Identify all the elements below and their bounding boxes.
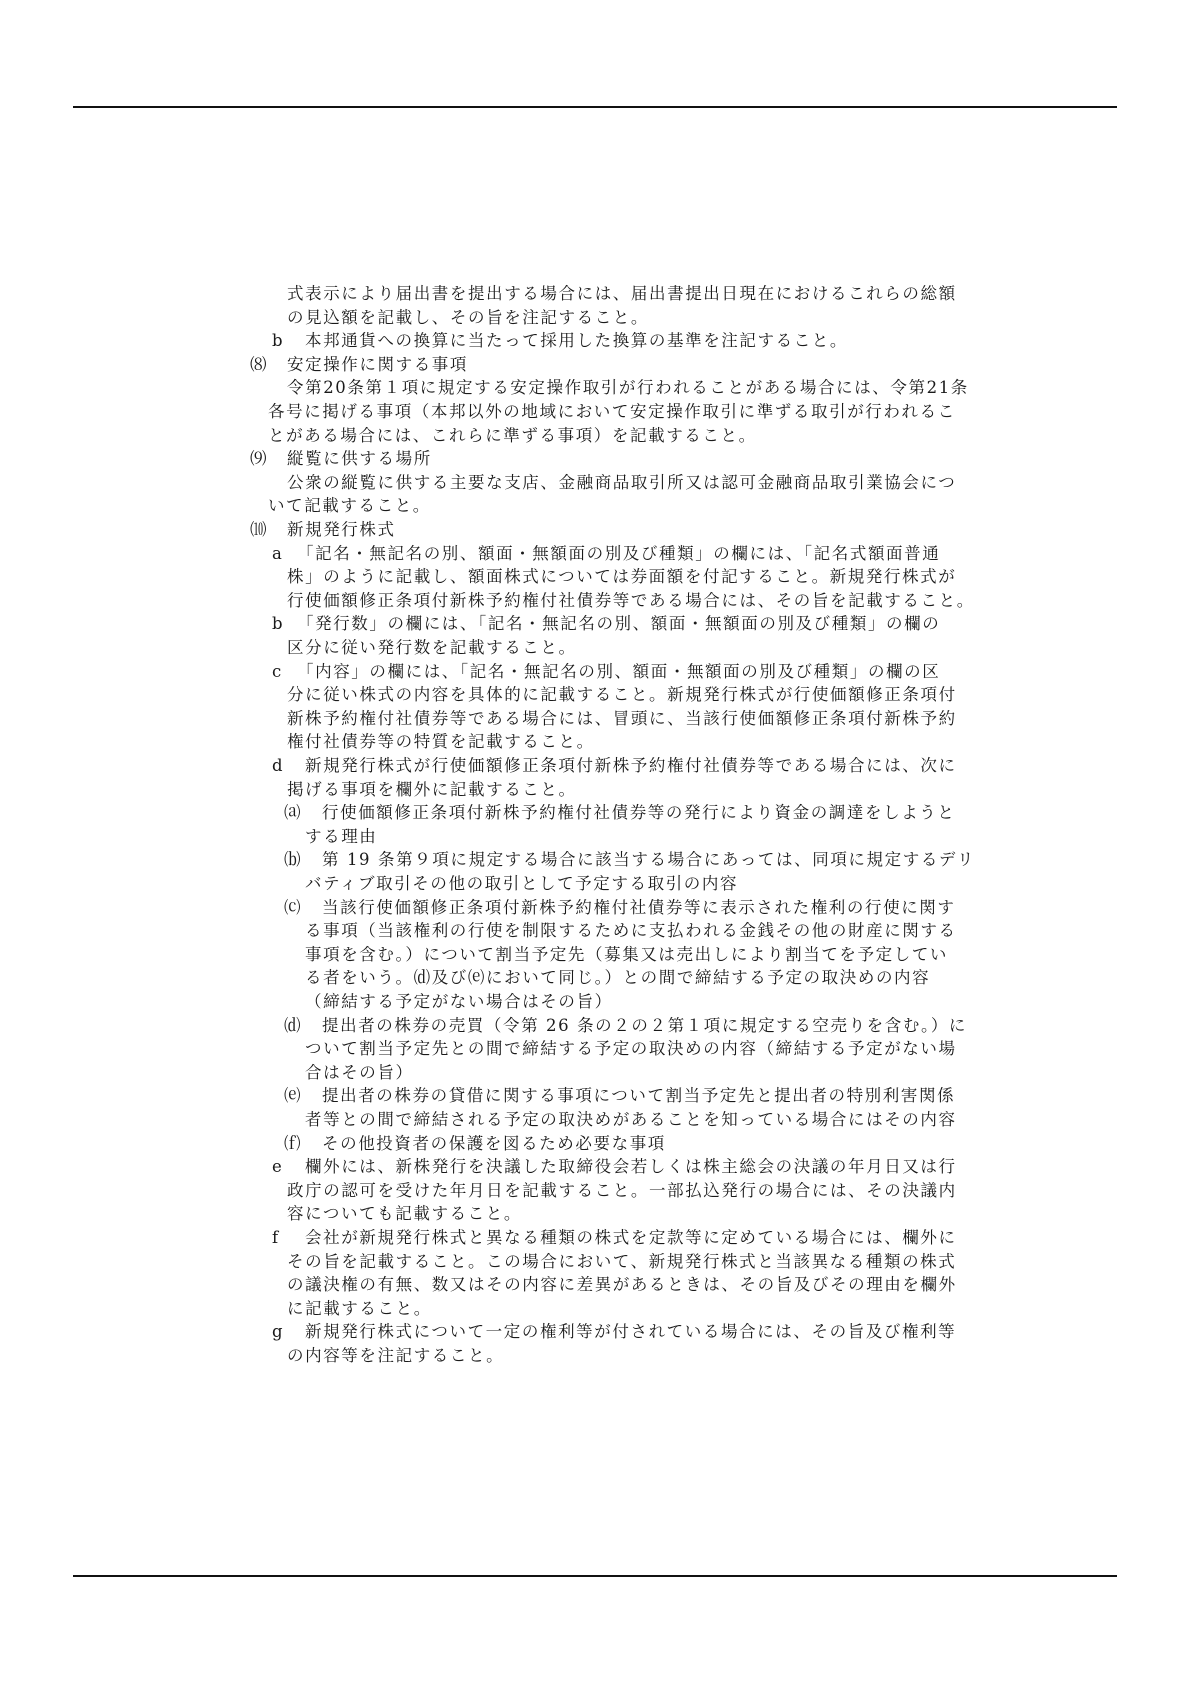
- text-line: 会社が新規発行株式と異なる種類の株式を定款等に定めている場合には、欄外に: [305, 1227, 957, 1249]
- text-line: 政庁の認可を受けた年月日を記載すること。一部払込発行の場合には、その決議内: [287, 1180, 957, 1202]
- text-line: 者等との間で締結される予定の取決めがあることを知っている場合にはその内容: [305, 1109, 957, 1131]
- text-line: 欄外には、新株発行を決議した取締役会若しくは株主総会の決議の年月日又は行: [305, 1156, 957, 1178]
- item-label: ⑻: [250, 354, 267, 376]
- text-line: 行使価額修正条項付新株予約権付社債券等である場合には、その旨を記載すること。: [287, 590, 975, 612]
- text-line: る者をいう。⒟及び⒠において同じ。）との間で締結する予定の取決めの内容: [305, 967, 930, 989]
- item-label: e: [272, 1156, 282, 1178]
- text-line: 株」のように記載し、額面株式については券面額を付記すること。新規発行株式が: [287, 566, 956, 588]
- text-line: とがある場合には、これらに準ずる事項）を記載すること。: [268, 425, 757, 447]
- item-label: f: [272, 1227, 278, 1249]
- item-label: d: [272, 755, 283, 777]
- text-line: 令第20条第１項に規定する安定操作取引が行われることがある場合には、令第21条: [287, 377, 969, 399]
- text-line: 提出者の株券の売買（令第 26 条の２の２第１項に規定する空売りを含む。）に: [322, 1015, 967, 1037]
- footer-rule: [73, 1575, 1117, 1577]
- text-line: 行使価額修正条項付新株予約権付社債券等の発行により資金の調達をしようと: [322, 802, 956, 824]
- text-line: 事項を含む。）について割当予定先（募集又は売出しにより割当てを予定してい: [305, 944, 948, 966]
- item-label: ⒜: [284, 802, 301, 824]
- item-label: ⑼: [250, 448, 267, 470]
- text-line: 提出者の株券の貸借に関する事項について割当予定先と提出者の特別利害関係: [322, 1085, 955, 1107]
- item-label: ⒠: [284, 1085, 301, 1107]
- text-line: 新株予約権付社債券等である場合には、冒頭に、当該行使価額修正条項付新株予約: [287, 708, 957, 730]
- text-line: （締結する予定がない場合はその旨）: [305, 991, 613, 1013]
- item-label: g: [272, 1321, 283, 1343]
- item-label: c: [272, 661, 281, 683]
- item-label: ⒞: [284, 897, 301, 919]
- text-line: に記載すること。: [287, 1298, 432, 1320]
- text-line: 権付社債券等の特質を記載すること。: [287, 731, 595, 753]
- text-line: 式表示により届出書を提出する場合には、届出書提出日現在におけるこれらの総額: [287, 283, 957, 305]
- text-line: いて記載すること。: [268, 495, 431, 517]
- text-line: 掲げる事項を欄外に記載すること。: [287, 779, 577, 801]
- text-line: 縦覧に供する場所: [287, 448, 432, 470]
- text-line: 新規発行株式について一定の権利等が付されている場合には、その旨及び権利等: [305, 1321, 956, 1343]
- text-line: 容についても記載すること。: [287, 1203, 522, 1225]
- text-line: 本邦通貨への換算に当たって採用した換算の基準を注記すること。: [305, 330, 848, 352]
- text-line: 区分に従い発行数を記載すること。: [287, 637, 577, 659]
- text-line: ついて割当予定先との間で締結する予定の取決めの内容（締結する予定がない場: [305, 1038, 957, 1060]
- text-line: 分に従い株式の内容を具体的に記載すること。新規発行株式が行使価額修正条項付: [287, 684, 957, 706]
- text-line: 第 19 条第９項に規定する場合に該当する場合にあっては、同項に規定するデリ: [322, 849, 975, 871]
- item-label: a: [272, 543, 282, 565]
- item-label: ⒟: [284, 1015, 301, 1037]
- item-label: ⒝: [284, 849, 301, 871]
- text-line: する理由: [305, 826, 377, 848]
- text-line: 新規発行株式が行使価額修正条項付新株予約権付社債券等である場合には、次に: [305, 755, 957, 777]
- text-line: 当該行使価額修正条項付新株予約権付社債券等に表示された権利の行使に関す: [322, 897, 956, 919]
- text-line: 「内容」の欄には、「記名・無記名の別、額面・無額面の別及び種類」の欄の区: [297, 661, 940, 683]
- text-line: る事項（当該権利の行使を制限するために支払われる金銭その他の財産に関する: [305, 920, 957, 942]
- text-line: の見込額を記載し、その旨を注記すること。: [287, 307, 649, 329]
- text-line: 公衆の縦覧に供する主要な支店、金融商品取引所又は認可金融商品取引業協会につ: [287, 472, 956, 494]
- text-line: その他投資者の保護を図るため必要な事項: [322, 1133, 666, 1155]
- text-line: 「記名・無記名の別、額面・無額面の別及び種類」の欄には、「記名式額面普通: [297, 543, 940, 565]
- item-label: ⒡: [284, 1133, 301, 1155]
- text-line: の議決権の有無、数又はその内容に差異があるときは、その旨及びその理由を欄外: [287, 1274, 957, 1296]
- text-line: その旨を記載すること。この場合において、新規発行株式と当該異なる種類の株式: [287, 1251, 956, 1273]
- text-line: 合はその旨）: [305, 1062, 414, 1084]
- item-label: b: [272, 330, 283, 352]
- text-line: 安定操作に関する事項: [287, 354, 468, 376]
- text-line: 新規発行株式: [287, 519, 396, 541]
- text-line: 各号に掲げる事項（本邦以外の地域において安定操作取引に準ずる取引が行われるこ: [268, 401, 956, 423]
- text-line: バティブ取引その他の取引として予定する取引の内容: [305, 873, 738, 895]
- text-line: 「発行数」の欄には、「記名・無記名の別、額面・無額面の別及び種類」の欄の: [297, 613, 940, 635]
- text-line: の内容等を注記すること。: [287, 1345, 504, 1367]
- header-rule: [73, 106, 1117, 108]
- item-label: b: [272, 613, 283, 635]
- item-label: ⑽: [250, 519, 267, 541]
